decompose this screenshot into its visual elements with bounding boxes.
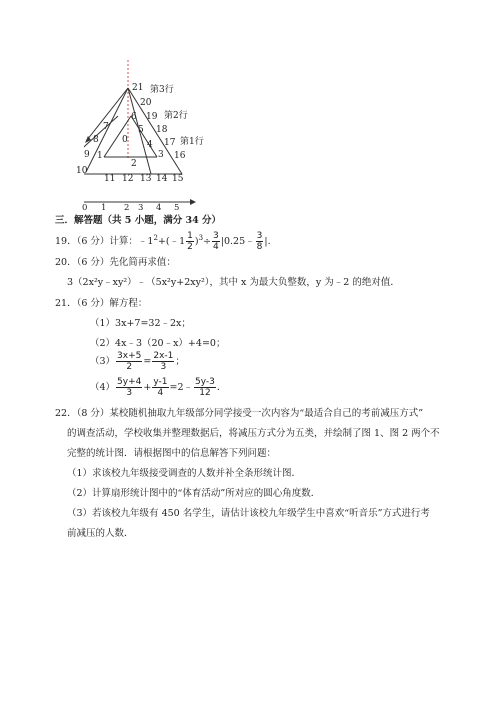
q20-number: 20． (55, 257, 77, 268)
num-16: 16 (174, 151, 185, 161)
equals: = (143, 356, 151, 367)
q21-number: 21． (55, 298, 77, 309)
q22-sub-2: （2）计算扇形统计图中的“体育活动”所对应的圆心角度数． (67, 485, 320, 499)
q22-score: （8 分）某校随机抽取九年级部分同学接受一次内容为“最适合自己的考前减压方式” (77, 408, 424, 419)
q19-number: 19． (55, 236, 77, 247)
num-11: 11 (104, 174, 115, 184)
question-19: 19．（6 分）计算：﹣12+(﹣112)3÷34|0.25﹣38|. (55, 228, 271, 252)
q19-frac-2: 34 (212, 231, 220, 252)
q19-term: ÷ (203, 236, 211, 247)
num-0: 0 (122, 135, 128, 145)
item-label: （3） (90, 356, 115, 367)
q21-4-frac-a: 5y+43 (116, 377, 142, 398)
q21-item-3: （3）3x+52=2x-13； (90, 350, 185, 374)
row-label-2: 第2行 (164, 108, 188, 121)
num-10: 10 (76, 166, 87, 176)
q22-sub-3b: 前减压的人数． (67, 525, 134, 539)
num-1: 1 (97, 151, 103, 161)
q22-sub-1: （1）求该校九年级接受调查的人数并补全条形统计图． (67, 465, 301, 479)
num-7: 7 (103, 122, 109, 132)
q19-term: |0.25﹣ (221, 236, 255, 247)
q19-frac-3: 38 (256, 231, 264, 252)
q22-sub-3a: （3）若该校九年级有 450 名学生，请估计该校九年级学生中喜欢“听音乐”方式进… (67, 505, 430, 519)
num-17: 17 (164, 138, 175, 148)
equals-two-minus: =2﹣ (170, 382, 194, 393)
q19-term: |. (264, 236, 270, 247)
q21-4-frac-b: y-14 (152, 377, 168, 398)
q20-score: （6 分）先化简再求值： (77, 257, 176, 268)
q19-score: （6 分）计算： (77, 236, 138, 247)
q21-score: （6 分）解方程： (77, 298, 148, 309)
item-label: （4） (90, 382, 115, 393)
num-12: 12 (122, 174, 133, 184)
num-3: 3 (158, 150, 164, 160)
q21-4-frac-c: 5y-312 (194, 377, 216, 398)
q21-item-2: （2）4x﹣3（20﹣x）+4=0； (90, 335, 225, 349)
q19-term: ﹣1 (138, 236, 154, 247)
q21-3-right-frac: 2x-13 (152, 351, 174, 372)
q21-item-4: （4）5y+43+y-14=2﹣5y-312． (90, 376, 226, 400)
num-21: 21 (132, 83, 143, 93)
num-5: 5 (138, 125, 144, 135)
q20-body: 3（2x²y﹣xy²）﹣（5x²y+2xy²），其中 x 为最大负整数，y 为﹣… (67, 274, 400, 288)
q22-line-3: 完整的统计图．请根据图中的信息解答下列问题： (67, 445, 276, 459)
section-title: 三．解答题（共 5 小题，满分 34 分） (55, 212, 221, 226)
num-4: 4 (147, 140, 153, 150)
num-14: 14 (156, 174, 167, 184)
q22-line-2: 的调查活动，学校收集并整理数据后，将减压方式分为五类，并绘制了图 1、图 2 两… (67, 425, 440, 439)
num-9: 9 (84, 150, 90, 160)
num-15: 15 (172, 174, 183, 184)
num-13: 13 (140, 174, 151, 184)
question-20: 20．（6 分）先化简再求值： (55, 254, 176, 268)
q21-3-left-frac: 3x+52 (116, 351, 142, 372)
plus: + (143, 382, 151, 393)
q19-term: +(﹣1 (158, 236, 185, 247)
num-18: 18 (156, 125, 167, 135)
num-6: 6 (131, 112, 137, 122)
num-20: 20 (140, 98, 151, 108)
punct: ． (217, 382, 227, 393)
num-19: 19 (146, 112, 157, 122)
question-21: 21．（6 分）解方程： (55, 295, 147, 309)
num-2: 2 (131, 159, 137, 169)
q22-number: 22． (55, 408, 77, 419)
q19-frac-1: 12 (186, 231, 194, 252)
spiral-triangle-figure: 21 20 19 18 17 16 15 14 13 12 11 10 9 8 … (84, 60, 224, 208)
q21-item-1: （1）3x+7=32﹣2x； (90, 315, 191, 329)
num-8: 8 (93, 135, 99, 145)
question-22: 22．（8 分）某校随机抽取九年级部分同学接受一次内容为“最适合自己的考前减压方… (55, 405, 423, 419)
punct: ； (175, 356, 185, 367)
row-label-1: 第1行 (180, 134, 204, 147)
row-label-3: 第3行 (150, 82, 174, 95)
